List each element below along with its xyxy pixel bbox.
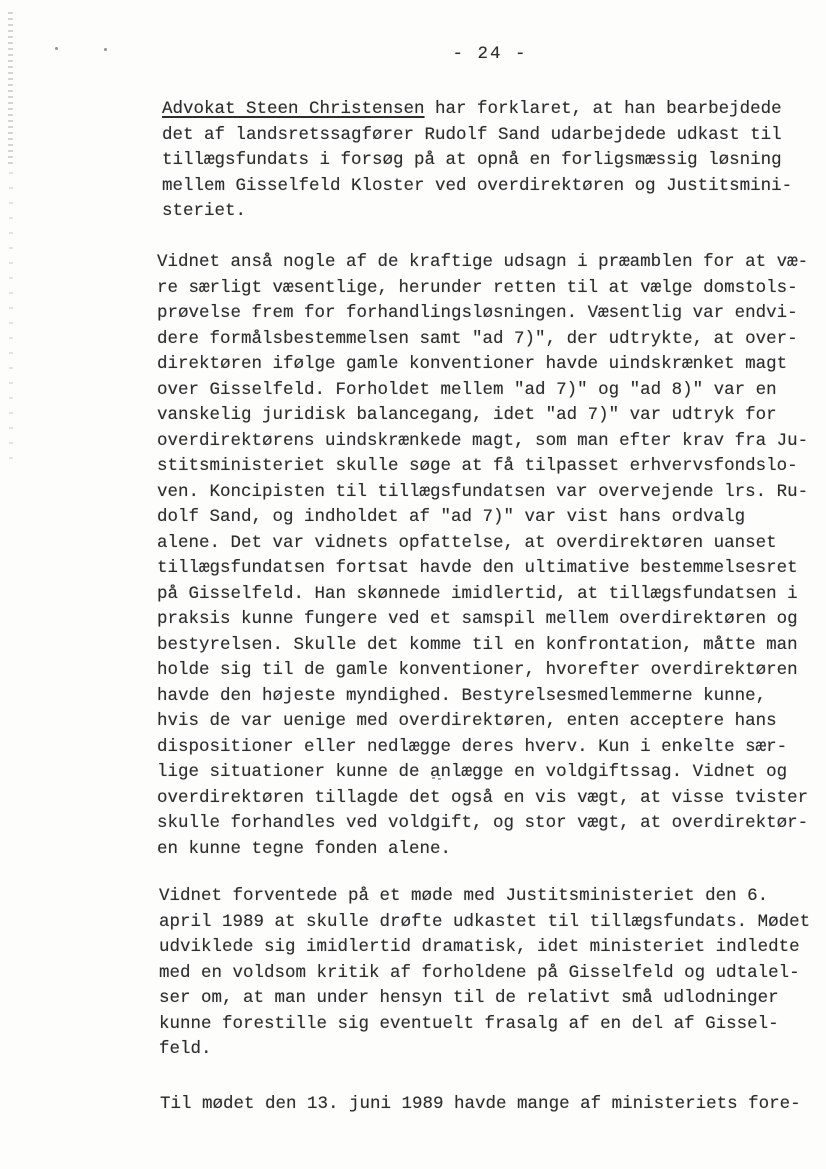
text-line: Til mødet den 13. juni 1989 havde mange … bbox=[160, 1092, 801, 1118]
text-line: en kunne tegne fonden alene. bbox=[157, 837, 808, 863]
text-line: stitsministeriet skulle søge at få tilpa… bbox=[157, 454, 808, 480]
scan-artifact-margin-marks bbox=[8, 12, 13, 164]
text-line: tillægsfundats i forsøg på at opnå en fo… bbox=[162, 148, 792, 174]
scan-speck bbox=[55, 47, 58, 50]
paragraph-advokat-statement: Advokat Steen Christensen har forklaret,… bbox=[162, 97, 792, 225]
text-line: mellem Gisselfeld Kloster ved overdirekt… bbox=[162, 174, 792, 200]
scan-speck bbox=[104, 48, 107, 51]
text-line: prøvelse frem for forhandlingsløsningen.… bbox=[157, 301, 808, 327]
text-line: hvis de var uenige med overdirektøren, e… bbox=[157, 709, 808, 735]
underlined-witness-name: Advokat Steen Christensen bbox=[162, 99, 425, 119]
document-page: - 24 - Advokat Steen Christensen har for… bbox=[0, 0, 826, 1169]
text-line-rest: har forklaret, at han bearbejdede bbox=[425, 99, 782, 119]
paragraph-vidnet-moede: Vidnet forventede på et møde med Justits… bbox=[159, 884, 810, 1063]
text-line: ven. Koncipisten til tillægsfundatsen va… bbox=[157, 480, 808, 506]
text-line: på Gisselfeld. Han skønnede imidlertid, … bbox=[157, 582, 808, 608]
text-line: skulle forhandles ved voldgift, og stor … bbox=[157, 811, 808, 837]
text-line: steriet. bbox=[162, 199, 792, 225]
text-line: feld. bbox=[159, 1037, 810, 1063]
text-line: ser om, at man under hensyn til de relat… bbox=[159, 986, 810, 1012]
paragraph-til-moedet: Til mødet den 13. juni 1989 havde mange … bbox=[160, 1092, 801, 1118]
text-line: dere formålsbestemmelsen samt "ad 7)", d… bbox=[157, 327, 808, 353]
paragraph-lines: Vidnet forventede på et møde med Justits… bbox=[159, 884, 810, 1063]
text-line: holde sig til de gamle konventioner, hvo… bbox=[157, 658, 808, 684]
text-line: overdirektøren tillagde det også en vis … bbox=[157, 786, 808, 812]
text-line: udviklede sig imidlertid dramatisk, idet… bbox=[159, 935, 810, 961]
text-line: dispositioner eller nedlægge deres hverv… bbox=[157, 735, 808, 761]
paragraph-lines: Vidnet anså nogle af de kraftige udsagn … bbox=[157, 250, 808, 862]
paragraph-lines: det af landsretssagfører Rudolf Sand uda… bbox=[162, 123, 792, 225]
paragraph-lines: Til mødet den 13. juni 1989 havde mange … bbox=[160, 1092, 801, 1118]
text-line: overdirektørens uindskrænkede magt, som … bbox=[157, 429, 808, 455]
text-line: dolf Sand, og indholdet af "ad 7)" var v… bbox=[157, 505, 808, 531]
text-line: kunne forestille sig eventuelt frasalg a… bbox=[159, 1012, 810, 1038]
text-line: Vidnet anså nogle af de kraftige udsagn … bbox=[157, 250, 808, 276]
text-line: bestyrelsen. Skulle det komme til en kon… bbox=[157, 633, 808, 659]
text-line: praksis kunne fungere ved et samspil mel… bbox=[157, 607, 808, 633]
text-line: med en voldsom kritik af forholdene på G… bbox=[159, 961, 810, 987]
text-line: det af landsretssagfører Rudolf Sand uda… bbox=[162, 123, 792, 149]
text-line: vanskelig juridisk balancegang, idet "ad… bbox=[157, 403, 808, 429]
text-line: alene. Det var vidnets opfattelse, at ov… bbox=[157, 531, 808, 557]
text-line: tillægsfundatsen fortsat havde den ultim… bbox=[157, 556, 808, 582]
text-line: havde den højeste myndighed. Bestyrelses… bbox=[157, 684, 808, 710]
text-line: april 1989 at skulle drøfte udkastet til… bbox=[159, 910, 810, 936]
text-line: direktøren ifølge gamle konventioner hav… bbox=[157, 352, 808, 378]
text-line: Vidnet forventede på et møde med Justits… bbox=[159, 884, 810, 910]
text-line: over Gisselfeld. Forholdet mellem "ad 7)… bbox=[157, 378, 808, 404]
text-line: re særligt væsentlige, herunder retten t… bbox=[157, 276, 808, 302]
text-line: Advokat Steen Christensen har forklaret,… bbox=[162, 97, 792, 123]
paragraph-vidnet-praeamblen: Vidnet anså nogle af de kraftige udsagn … bbox=[157, 250, 808, 862]
text-line: lige situationer kunne de anlægge en vol… bbox=[157, 760, 808, 786]
scan-artifact-margin-marks bbox=[9, 172, 13, 467]
page-number: - 24 - bbox=[170, 42, 810, 68]
